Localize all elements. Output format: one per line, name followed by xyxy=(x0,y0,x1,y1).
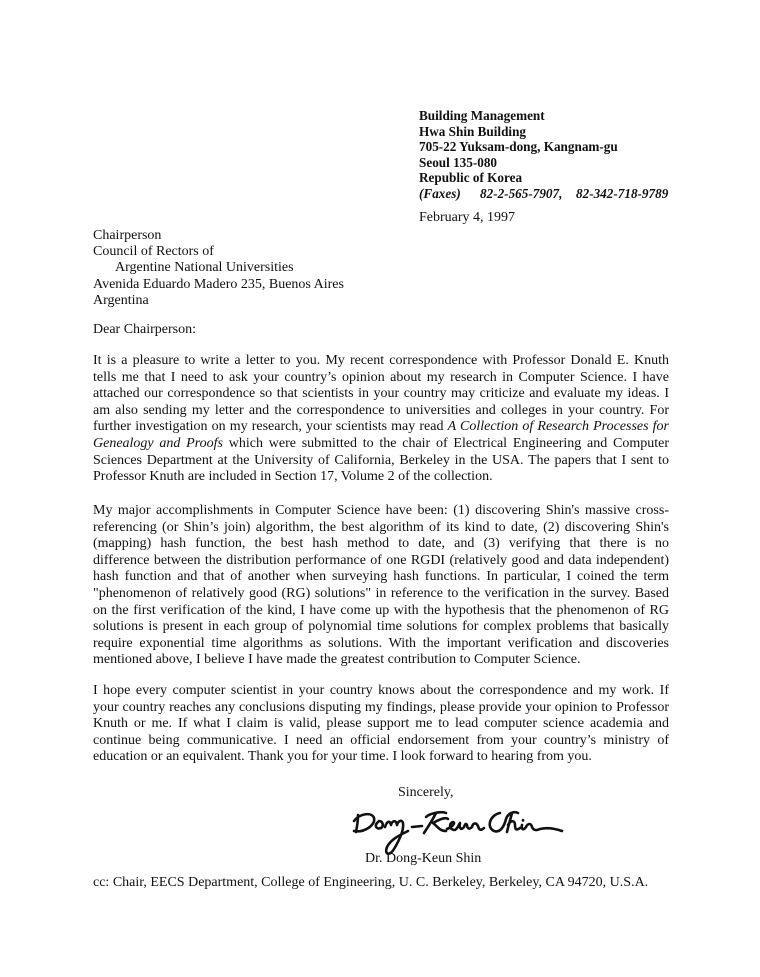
fax-number: 82-342-718-9789 xyxy=(576,186,668,202)
cc-line: cc: Chair, EECS Department, College of E… xyxy=(93,875,648,891)
recipient-line: Argentina xyxy=(93,293,344,309)
paragraph-line: your country reaches any conclusions dis… xyxy=(93,700,669,717)
paragraph-request: I hope every computer scientist in your … xyxy=(93,683,669,766)
paragraph-line: mentioned above, I believe I have made t… xyxy=(93,652,669,669)
letter-date: February 4, 1997 xyxy=(419,210,515,226)
book-title: A Collection of Research Processes for xyxy=(448,419,669,434)
recipient-line: Avenida Eduardo Madero 235, Buenos Aires xyxy=(93,277,344,293)
book-title: Genealogy and Proofs xyxy=(93,436,223,451)
sender-line: 705-22 Yuksam-dong, Kangnam-gu xyxy=(419,139,668,155)
paragraph-line: education or an equivalent. Thank you fo… xyxy=(93,749,669,766)
paragraph-line: attached our correspondence so that scie… xyxy=(93,386,669,403)
fax-number: 82-2-565-7907, xyxy=(480,186,576,202)
recipient-line: Chairperson xyxy=(93,228,344,244)
paragraph-line: (mapping) hash function, the best hash m… xyxy=(93,536,669,553)
sender-line: Hwa Shin Building xyxy=(419,124,668,140)
sender-address-block: Building Management Hwa Shin Building 70… xyxy=(419,108,668,202)
paragraph-line: It is a pleasure to write a letter to yo… xyxy=(93,353,669,370)
paragraph-line: Sciences Department at the University of… xyxy=(93,453,669,470)
recipient-address-block: Chairperson Council of Rectors of Argent… xyxy=(93,228,344,309)
paragraph-accomplishments: My major accomplishments in Computer Sci… xyxy=(93,503,669,669)
sender-line: Republic of Korea xyxy=(419,170,668,186)
sender-line: Building Management xyxy=(419,108,668,124)
paragraph-line: difference between the distribution perf… xyxy=(93,553,669,570)
paragraph-line: Genealogy and Proofs which were submitte… xyxy=(93,436,669,453)
sender-fax-line: (Faxes)82-2-565-7907,82-342-718-9789 xyxy=(419,186,668,202)
paragraph-line: continue being communicative. I need an … xyxy=(93,733,669,750)
salutation: Dear Chairperson: xyxy=(93,322,196,338)
paragraph-line: tells me that I need to ask your country… xyxy=(93,370,669,387)
paragraph-line: My major accomplishments in Computer Sci… xyxy=(93,503,669,520)
paragraph-line-text: further investigation on my research, yo… xyxy=(93,419,448,434)
closing: Sincerely, xyxy=(398,785,453,801)
paragraph-line: I hope every computer scientist in your … xyxy=(93,683,669,700)
signer-name: Dr. Dong-Keun Shin xyxy=(365,851,481,867)
paragraph-line: hash function and that of another when s… xyxy=(93,569,669,586)
paragraph-line-text: which were submitted to the chair of Ele… xyxy=(223,436,669,451)
paragraph-line: on the first verification of the kind, I… xyxy=(93,603,669,620)
paragraph-introduction: It is a pleasure to write a letter to yo… xyxy=(93,353,669,486)
recipient-line: Council of Rectors of xyxy=(93,244,344,260)
recipient-line: Argentine National Universities xyxy=(93,260,344,276)
paragraph-line: further investigation on my research, yo… xyxy=(93,419,669,436)
sender-line: Seoul 135-080 xyxy=(419,155,668,171)
paragraph-line: Knuth or me. If what I claim is valid, p… xyxy=(93,716,669,733)
paragraph-line: "phenomenon of relatively good (RG) solu… xyxy=(93,586,669,603)
paragraph-line: am also sending my letter and the corres… xyxy=(93,403,669,420)
paragraph-line: Professor Knuth are included in Section … xyxy=(93,469,669,486)
paragraph-line: require exponential time algorithms as s… xyxy=(93,636,669,653)
paragraph-line: solutions is present in each group of po… xyxy=(93,619,669,636)
paragraph-line: referencing (or Shin’s join) algorithm, … xyxy=(93,520,669,537)
fax-label: (Faxes) xyxy=(419,186,480,202)
